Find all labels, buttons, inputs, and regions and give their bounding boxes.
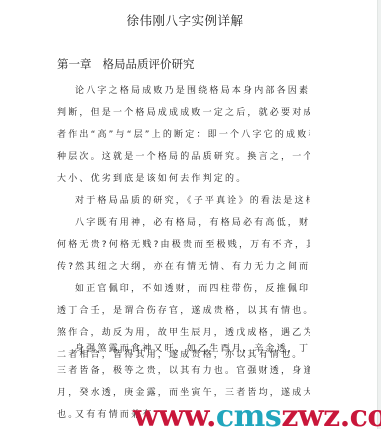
text-line: 者作出“高”与“层”上的断定：即一个八字它的成败程度是处于何 (57, 124, 310, 146)
text-line: 何格无贵?何格无贱?由极贵而至极贱，万有不齐，其变千状，岂可言 (57, 234, 310, 256)
text-line: 身强煞露而食神又旺，如乙生酉月，辛金透，丁火刚，秋木盛， (57, 338, 310, 360)
text-line: 八字既有用神，必有格局，有格局必有高低，财官印食煞伤劫刃， (57, 212, 310, 234)
page-edge-divider (377, 0, 381, 429)
text-line: 判断，但是一个格局成成成败一定之后，就必要对成成格者、成败格 (57, 102, 310, 124)
site-watermark: www.cmszwz.com (133, 402, 381, 429)
watermark-suffix: zwz.com (281, 399, 381, 429)
paragraph-1: 论八字之格局成败乃是围绕格局本身内部各因素之间关系作的 判断，但是一个格局成成成… (57, 80, 310, 190)
document-title: 徐伟刚八字实例详解 (0, 11, 370, 29)
text-line: 传?然其纽之大纲，亦在有情无情、有力无力之间而已。 (57, 256, 310, 278)
text-line: 大小、优劣到底是该如何去作判定的。 (57, 168, 310, 190)
watermark-prefix: www. (133, 399, 216, 429)
watermark-middle: cms (216, 399, 281, 429)
text-line: 如正官佩印，不如透财，而四柱带伤，反推佩印。故甲透酉官， (57, 278, 310, 300)
text-line: 三者皆备，极等之贵，以其有力也。官强财透，身逢禄刃，如丙生子 (57, 360, 310, 382)
chapter-heading: 第一章 格局品质评价研究 (57, 56, 194, 72)
paragraph-3: 八字既有用神，必有格局，有格局必有高低，财官印食煞伤劫刃， 何格无贵?何格无贱?… (57, 212, 310, 278)
text-line: 透丁合壬，是谓合伤存官，遂成贵格，以其有情也。财忌比劫，而与 (57, 300, 310, 322)
document-page: 徐伟刚八字实例详解 第一章 格局品质评价研究 论八字之格局成败乃是围绕格局本身内… (0, 0, 378, 429)
paragraph-2: 对于格局品质的研究，《子平真诠》的看法是这样讲的： (57, 190, 310, 212)
text-line: 论八字之格局成败乃是围绕格局本身内部各因素之间关系作的 (57, 80, 310, 102)
text-line: 种层次。这就是一个格局的品质研究。换言之，一个八字的格局成败、 (57, 146, 310, 168)
text-line: 对于格局品质的研究，《子平真诠》的看法是这样讲的： (57, 190, 310, 212)
